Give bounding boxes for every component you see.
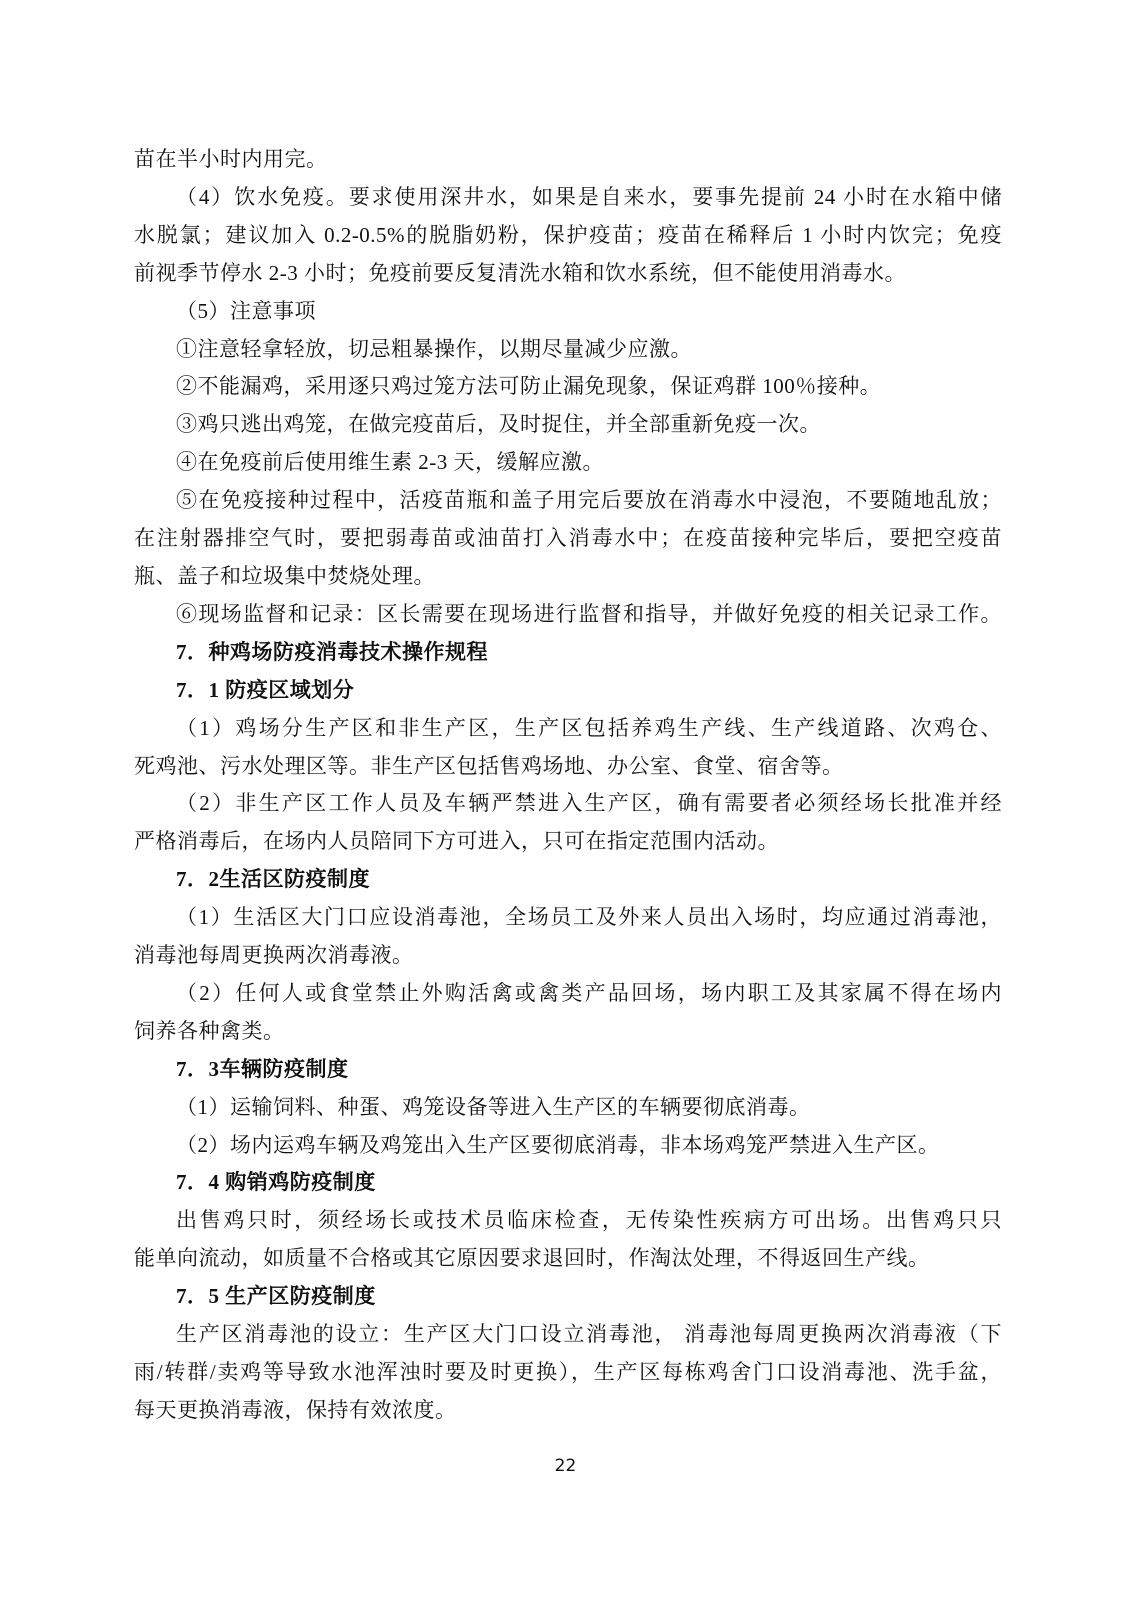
page-number: 22 [0,1456,1131,1476]
text-line: 能单向流动，如质量不合格或其它原因要求退回时，作淘汰处理，不得返回生产线。 [134,1240,1002,1278]
text-line: 7．1 防疫区域划分 [134,672,1002,710]
text-line: 严格消毒后，在场内人员陪同下方可进入，只可在指定范围内活动。 [134,823,1002,861]
text-line: （1）鸡场分生产区和非生产区，生产区包括养鸡生产线、生产线道路、次鸡仓、 [134,710,1002,748]
text-line: （5）注意事项 [134,293,1002,331]
document-body: 苗在半小时内用完。（4）饮水免疫。要求使用深井水，如果是自来水，要事先提前 24… [134,141,1002,1430]
text-line: 7．5 生产区防疫制度 [134,1278,1002,1316]
text-line: 出售鸡只时，须经场长或技术员临床检查，无传染性疾病方可出场。出售鸡只只 [134,1202,1002,1240]
text-line: 饲养各种禽类。 [134,1013,1002,1051]
text-line: ①注意轻拿轻放，切忌粗暴操作，以期尽量减少应激。 [134,331,1002,369]
text-line: 7．3车辆防疫制度 [134,1051,1002,1089]
text-line: 在注射器排空气时，要把弱毒苗或油苗打入消毒水中；在疫苗接种完毕后，要把空疫苗 [134,520,1002,558]
text-line: ③鸡只逃出鸡笼，在做完疫苗后，及时捉住，并全部重新免疫一次。 [134,406,1002,444]
text-line: 雨/转群/卖鸡等导致水池浑浊时要及时更换），生产区每栋鸡舍门口设消毒池、洗手盆， [134,1354,1002,1392]
text-line: （4）饮水免疫。要求使用深井水，如果是自来水，要事先提前 24 小时在水箱中储 [134,179,1002,217]
text-line: （2）场内运鸡车辆及鸡笼出入生产区要彻底消毒，非本场鸡笼严禁进入生产区。 [134,1127,1002,1165]
text-line: 7．4 购销鸡防疫制度 [134,1164,1002,1202]
text-line: 每天更换消毒液，保持有效浓度。 [134,1392,1002,1430]
text-line: ⑤在免疫接种过程中，活疫苗瓶和盖子用完后要放在消毒水中浸泡，不要随地乱放； [134,482,1002,520]
text-line: 生产区消毒池的设立：生产区大门口设立消毒池， 消毒池每周更换两次消毒液（下 [134,1316,1002,1354]
text-line: 水脱氯；建议加入 0.2-0.5%的脱脂奶粉，保护疫苗；疫苗在稀释后 1 小时内… [134,217,1002,255]
text-line: 7．种鸡场防疫消毒技术操作规程 [134,634,1002,672]
text-line: （1）运输饲料、种蛋、鸡笼设备等进入生产区的车辆要彻底消毒。 [134,1089,1002,1127]
text-line: 前视季节停水 2-3 小时；免疫前要反复清洗水箱和饮水系统，但不能使用消毒水。 [134,255,1002,293]
text-line: 消毒池每周更换两次消毒液。 [134,937,1002,975]
text-line: ②不能漏鸡，采用逐只鸡过笼方法可防止漏免现象，保证鸡群 100％接种。 [134,368,1002,406]
text-line: 苗在半小时内用完。 [134,141,1002,179]
text-line: ④在免疫前后使用维生素 2-3 天，缓解应激。 [134,444,1002,482]
text-line: （1）生活区大门口应设消毒池，全场员工及外来人员出入场时，均应通过消毒池， [134,899,1002,937]
text-line: ⑥现场监督和记录：区长需要在现场进行监督和指导，并做好免疫的相关记录工作。 [134,596,1002,634]
text-line: （2）任何人或食堂禁止外购活禽或禽类产品回场，场内职工及其家属不得在场内 [134,975,1002,1013]
text-line: （2）非生产区工作人员及车辆严禁进入生产区，确有需要者必须经场长批准并经 [134,785,1002,823]
text-line: 死鸡池、污水处理区等。非生产区包括售鸡场地、办公室、食堂、宿舍等。 [134,748,1002,786]
text-line: 瓶、盖子和垃圾集中焚烧处理。 [134,558,1002,596]
text-line: 7．2生活区防疫制度 [134,861,1002,899]
document-page: 苗在半小时内用完。（4）饮水免疫。要求使用深井水，如果是自来水，要事先提前 24… [0,0,1131,1600]
